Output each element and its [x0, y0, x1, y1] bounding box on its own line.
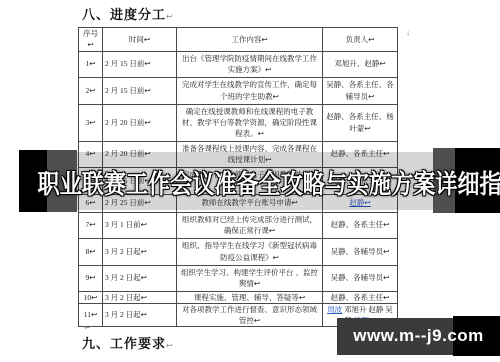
- cell-num: 9↩: [79, 265, 103, 291]
- cell-content: 对各项教学工作进行督查、意识形态领域管控↩: [177, 303, 323, 327]
- table-row: 3↩ 2 月 20 日前↩ 确定在线授课教师和在线课程的电子教材、教学平台等教学…: [79, 104, 398, 141]
- cell-content: 确定在线授课教师和在线课程的电子教材、教学平台等教学资源，确定阶段性课程表。↩: [177, 104, 323, 141]
- cell-num: 10↩: [79, 291, 103, 303]
- paragraph-mark-icon: ↩: [166, 12, 173, 21]
- section-heading-progress-division: 八、进度分工↩: [82, 4, 173, 23]
- cell-time: 3 月 2 日起↩: [103, 265, 177, 291]
- cell-time: 3 月 1 日前↩: [103, 212, 177, 238]
- header-num: 序号↩: [79, 28, 103, 52]
- table-row: 7↩ 3 月 1 日前↩ 组织教师对已经上传完成部分进行测试，确保正常行课↩ 赵…: [79, 212, 398, 238]
- cell-person: 赵静、各系主任↩: [323, 212, 398, 238]
- cell-num: 8↩: [79, 238, 103, 265]
- cell-content: 完成对学生在线教学的宣传工作，确定每个班的学生助教↩: [177, 77, 323, 104]
- cell-person: 邓旭升、赵静↩: [323, 51, 398, 77]
- cell-time: 3 月 2 日起↩: [103, 238, 177, 265]
- watermark-url: www.m--j9.com: [337, 316, 500, 356]
- cell-person: 吴静、各辅导员↩: [323, 238, 398, 265]
- cell-num: 1↩: [79, 51, 103, 77]
- header-person: 负责人↩: [323, 28, 398, 52]
- header-time: 时间↩: [103, 28, 177, 52]
- cell-num: 2↩: [79, 77, 103, 104]
- cell-num: 3↩: [79, 104, 103, 141]
- cell-content: 组织教师对已经上传完成部分进行测试，确保正常行课↩: [177, 212, 323, 238]
- section-heading-work-requirements: 九、工作要求↩: [82, 333, 173, 352]
- table-row: 2↩ 2 月 15 日前↩ 完成对学生在线教学的宣传工作，确定每个班的学生助教↩…: [79, 77, 398, 104]
- cell-content: 课程实施、管理、辅导、答疑等↩: [177, 291, 323, 303]
- paragraph-mark-icon: ↩: [84, 323, 91, 332]
- table-row: 1↩ 2 月 15 日前↩ 出台《管理学院防疫情期间在线教学工作实施方案》↩ 邓…: [79, 51, 398, 77]
- cell-content: 组织学生学习、构建学生评价平台 、监控舆情↩: [177, 265, 323, 291]
- table-row: 8↩ 3 月 2 日起↩ 组织、指导学生在线学习《新型冠状病毒防疫公益课程》↩ …: [79, 238, 398, 265]
- cell-time: 3 月 2 日起↩: [103, 303, 177, 327]
- header-content: 工作内容↩: [177, 28, 323, 52]
- table-row: 9↩ 3 月 2 日起↩ 组织学生学习、构建学生评价平台 、监控舆情↩ 吴静、各…: [79, 265, 398, 291]
- table-row: 10↩ 3 月 2 日起↩ 课程实施、管理、辅导、答疑等↩ 赵静、各系主任↩: [79, 291, 398, 303]
- cell-content: 出台《管理学院防疫情期间在线教学工作实施方案》↩: [177, 51, 323, 77]
- cell-time: 2 月 20 日前↩: [103, 104, 177, 141]
- cell-person: 赵静、各系主任↩: [323, 291, 398, 303]
- section9-title: 九、工作要求: [82, 336, 166, 351]
- cell-person: 吴静、各系主任、各辅导员↩: [323, 77, 398, 104]
- cell-content: 组织、指导学生在线学习《新型冠状病毒防疫公益课程》↩: [177, 238, 323, 265]
- line-break-mark-icon: ↓: [406, 28, 410, 37]
- cell-time: 2 月 15 日前↩: [103, 51, 177, 77]
- cell-time: 3 月 2 日起↩: [103, 291, 177, 303]
- document-page: 八、进度分工↩ 序号↩ 时间↩ 工作内容↩ 负责人↩ 1↩ 2 月 15 日前↩…: [0, 0, 500, 362]
- overlay-banner-title: 职业联赛工作会议准备全攻略与实施方案详细指南: [38, 170, 463, 198]
- cell-time: 2 月 15 日前↩: [103, 77, 177, 104]
- paragraph-mark-icon: ↩: [166, 341, 173, 350]
- table-header-row: 序号↩ 时间↩ 工作内容↩ 负责人↩: [79, 28, 398, 52]
- cell-num: 7↩: [79, 212, 103, 238]
- person-hyperlink[interactable]: 周波: [327, 305, 342, 314]
- cell-person: 赵静、各系主任、杨叶蒙↩: [323, 104, 398, 141]
- section8-title: 八、进度分工: [82, 7, 166, 22]
- cell-person: 吴静、各辅导员↩: [323, 265, 398, 291]
